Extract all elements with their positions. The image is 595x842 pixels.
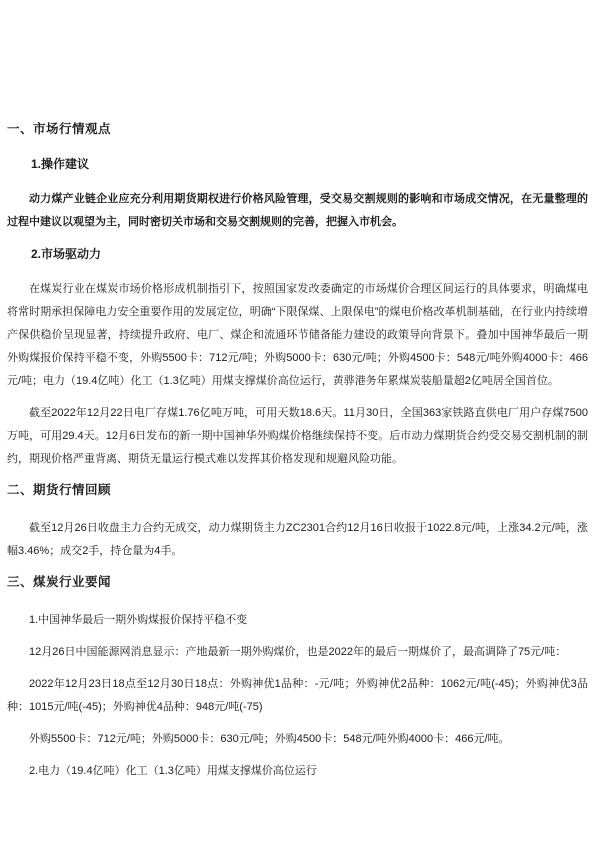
section-3-heading: 三、煤炭行业要闻 <box>7 574 588 591</box>
subsection-1-2-title: 2.市场驱动力 <box>7 246 588 263</box>
news-paragraph-3: 外购5500卡：712元/吨；外购5000卡：630元/吨；外购4500卡：54… <box>7 728 588 751</box>
news-item-2-title: 2.电力（19.4亿吨）化工（1.3亿吨）用煤支撑煤价高位运行 <box>7 760 588 783</box>
market-driver-paragraph-1: 在煤炭行业在煤炭市场价格形成机制指引下，按照国家发改委确定的市场煤价合理区间运行… <box>7 278 588 393</box>
news-paragraph-2: 2022年12月23日18点至12月30日18点：外购神优1品种：-元/吨；外购… <box>7 673 588 719</box>
news-paragraph-1: 12月26日中国能源网消息显示：产地最新一期外购煤价，也是2022年的最后一期煤… <box>7 641 588 664</box>
section-2-heading: 二、期货行情回顾 <box>7 482 588 499</box>
document-page: 一、市场行情观点 1.操作建议 动力煤产业链企业应充分利用期货期权进行价格风险管… <box>0 0 595 842</box>
subsection-1-1-title: 1.操作建议 <box>7 156 588 173</box>
operation-advice-paragraph: 动力煤产业链企业应充分利用期货期权进行价格风险管理，受交易交割规则的影响和市场成… <box>7 188 588 234</box>
section-1-heading: 一、市场行情观点 <box>7 121 588 138</box>
futures-review-paragraph: 截至12月26日收盘主力合约无成交，动力煤期货主力ZC2301合约12月16日收… <box>7 517 588 563</box>
news-item-1-title: 1.中国神华最后一期外购煤报价保持平稳不变 <box>7 609 588 632</box>
market-driver-paragraph-2: 截至2022年12月22日电厂存煤1.76亿吨万吨，可用天数18.6天。11月3… <box>7 402 588 471</box>
